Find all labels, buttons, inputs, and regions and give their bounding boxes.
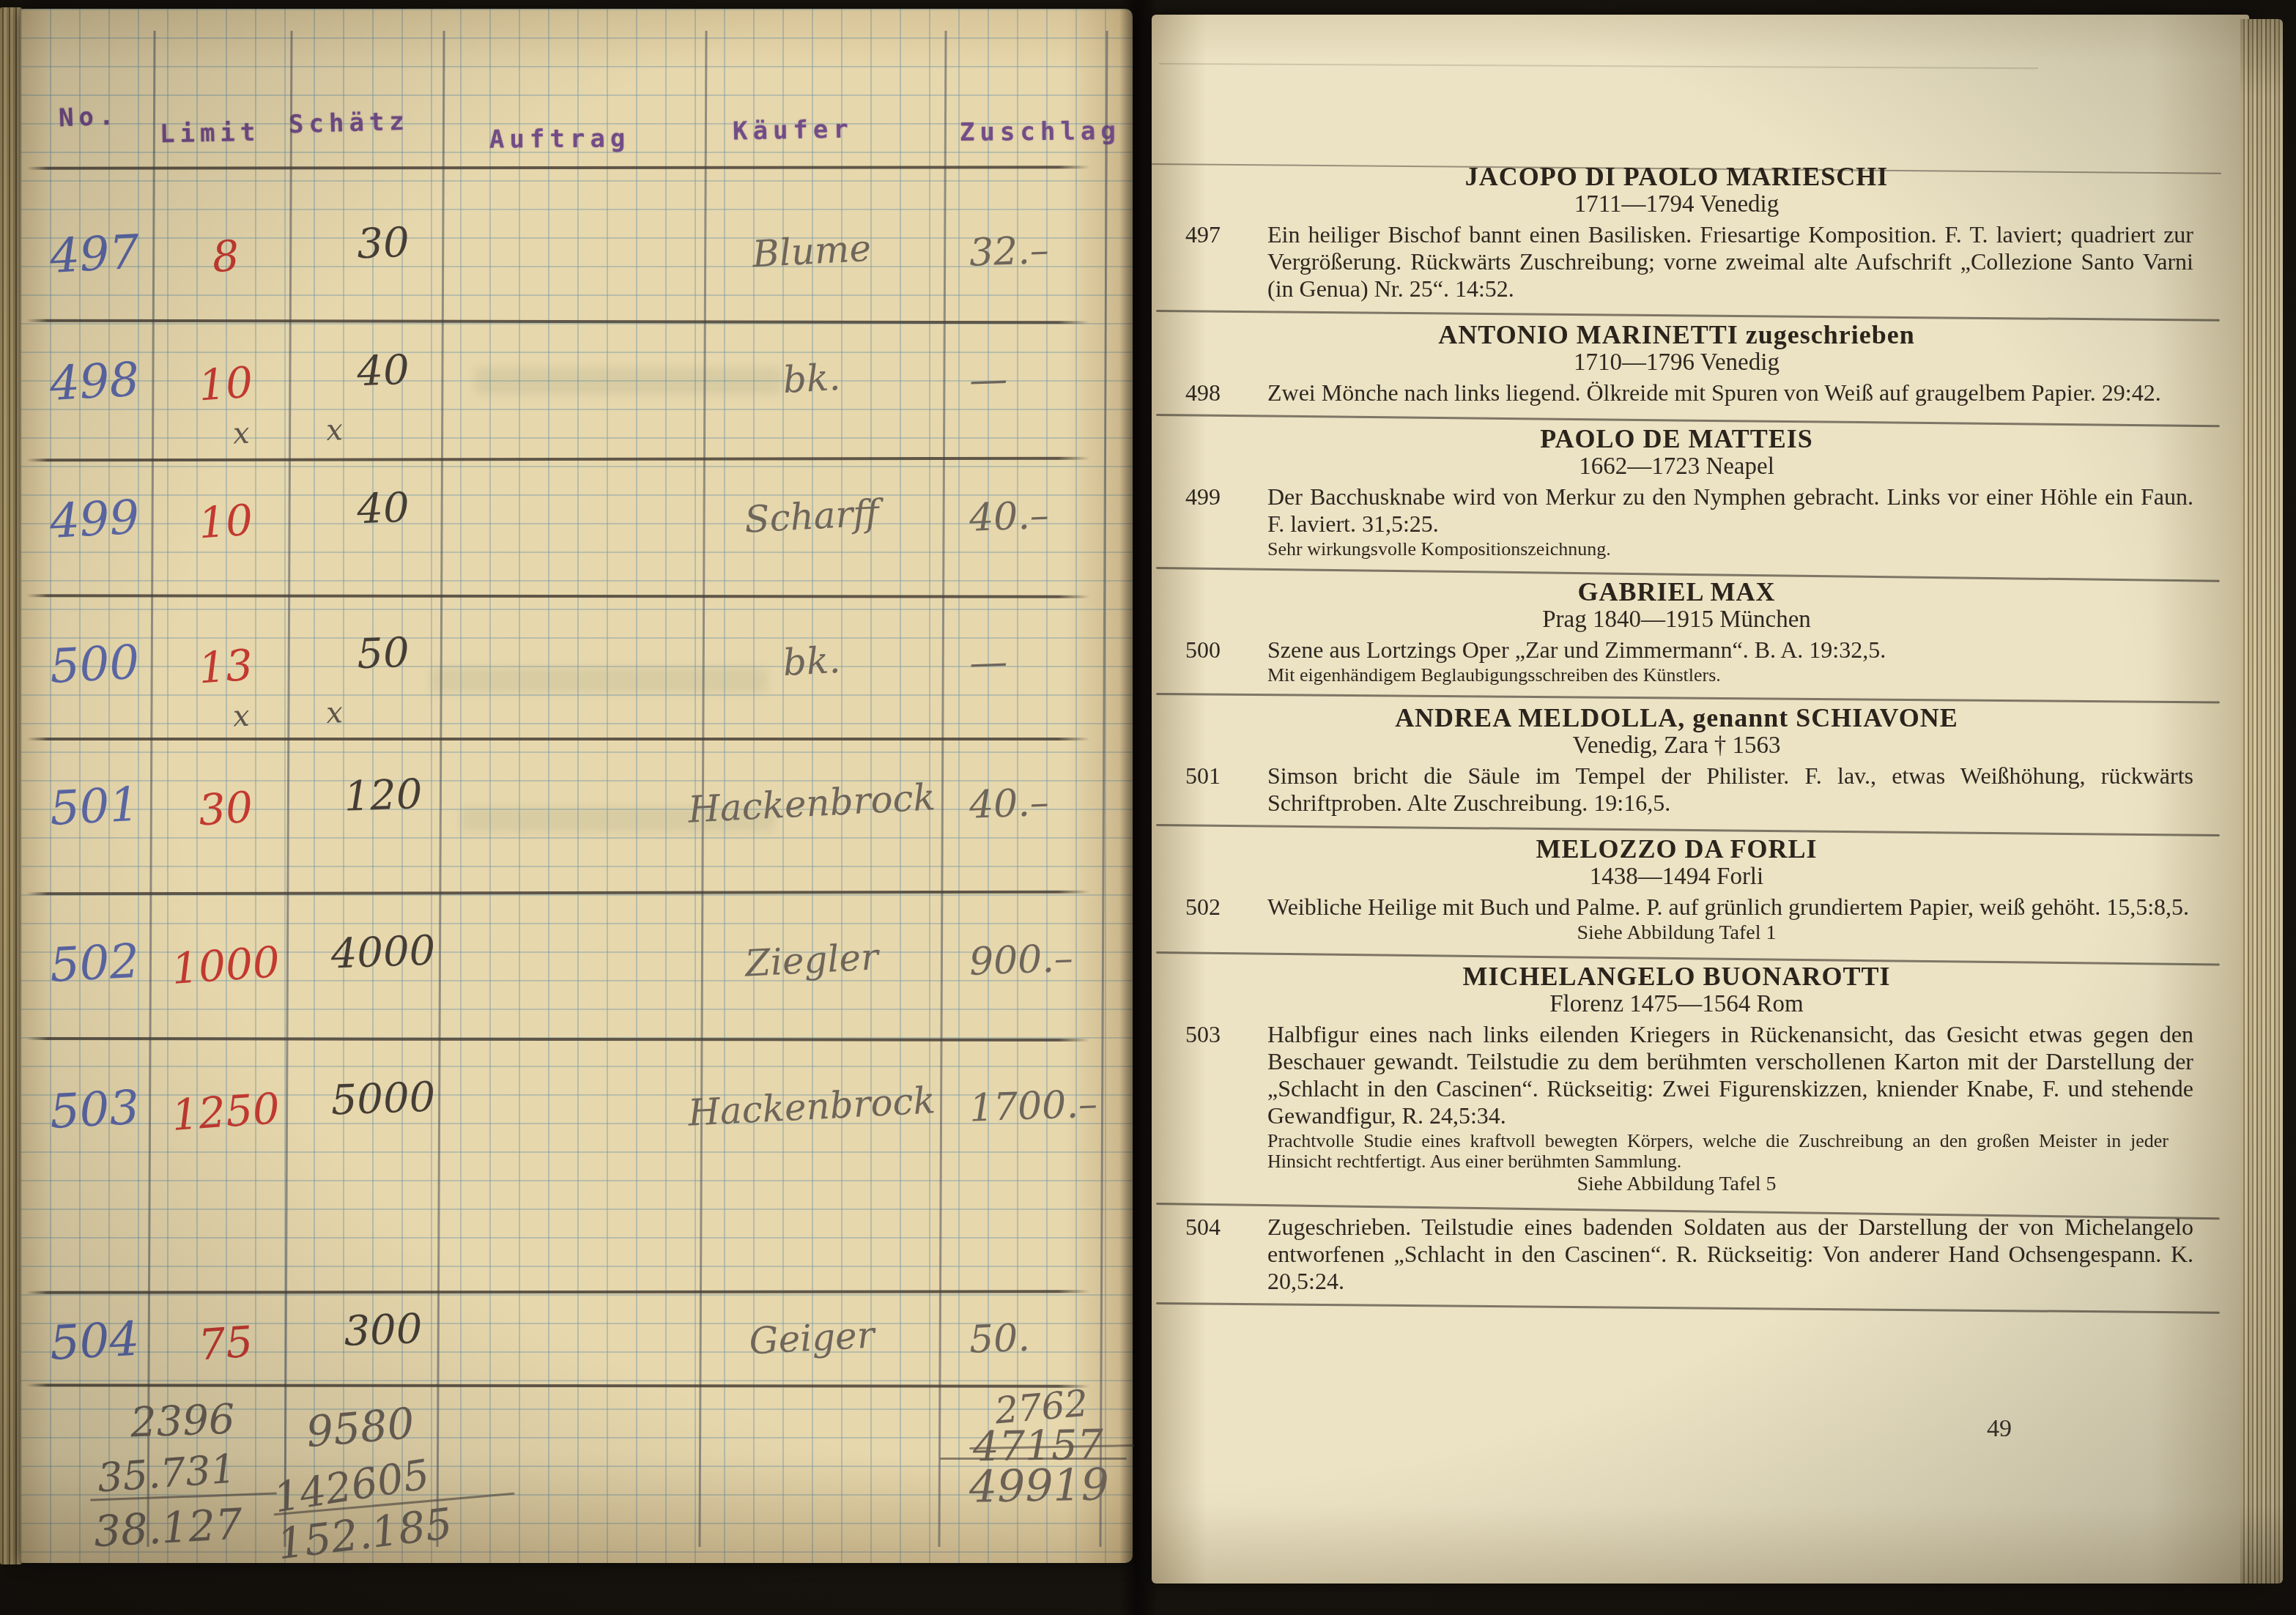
artist-name: JACOPO DI PAOLO MARIESCHI [1174,163,2180,190]
row-separator [26,457,1090,462]
column-header-stamp: Limit [160,118,261,149]
lot-number-cell: 503 [48,1080,161,1140]
lot-description: 500Szene aus Lortzings Oper „Zar und Zim… [1185,636,2193,664]
lot-number: 498 [1185,379,1267,406]
total-zuschlag: 49919 [969,1459,1109,1512]
buyer-cell: Ziegler [664,932,959,990]
row-separator [26,1290,1090,1293]
estimate-cell: 300 [309,1304,457,1357]
artist-dates: Prag 1840—1915 München [1174,607,2180,632]
row-separator [26,319,1090,324]
limit-cell: 13 [155,636,297,696]
hammer-price-cell: 900.– [969,935,1124,984]
catalog-entries: JACOPO DI PAOLO MARIESCHI 1711—1794 Vene… [1152,158,2249,1313]
ledger-row: 504 75 300 Geiger 50. [21,1307,1133,1395]
estimate-cell: 120 [309,770,457,823]
lot-description: 504Zugeschrieben. Teilstudie eines baden… [1185,1214,2193,1295]
catalog-entry: MICHELANGELO BUONAROTTI Florenz 1475—156… [1152,962,2249,1205]
lot-note: Sehr wirkungsvolle Kompositionszeichnung… [1267,539,2169,560]
limit-cell: 10 [155,491,297,551]
buyer-cell: Scharff [664,488,959,546]
catalog-entry: PAOLO DE MATTEIS 1662—1723 Neapel 499Der… [1152,425,2249,569]
lot-number: 497 [1185,221,1267,248]
artist-dates: Florenz 1475—1564 Rom [1174,992,2180,1017]
lot-number-cell: 499 [48,489,161,549]
estimate-cell: 50 [309,628,457,680]
total-limit: 38.127 [92,1499,243,1557]
buyer-cell: bk. [664,350,959,408]
catalog-page: JACOPO DI PAOLO MARIESCHI 1711—1794 Vene… [1152,15,2249,1584]
buyer-cell: Blume [664,223,959,281]
limit-cell: 10 [155,354,297,413]
book-spread-photo: No.LimitSchätzAuftragKäuferZuschlag 497 … [0,0,2296,1615]
hammer-price-cell: 1700.– [969,1081,1124,1130]
pencil-x-marks: x x [232,695,379,734]
estimate-cell: 40 [309,345,457,398]
lot-number-cell: 501 [48,776,161,836]
lot-description-text: Halbfigur eines nach links eilenden Krie… [1267,1021,2193,1129]
artist-name: PAOLO DE MATTEIS [1174,425,2180,453]
artist-dates: Venedig, Zara † 1563 [1174,733,2180,758]
pencil-divider [1156,693,2220,703]
row-separator [26,1037,1090,1042]
hammer-price-cell: — [969,636,1124,685]
lot-description: 497Ein heiliger Bischof bannt einen Basi… [1185,221,2193,302]
lot-description-text: Zwei Mönche nach links liegend. Ölkreide… [1267,379,2161,406]
lot-description: 498Zwei Mönche nach links liegend. Ölkre… [1185,379,2193,406]
artist-name: GABRIEL MAX [1174,578,2180,606]
lot-description: 502Weibliche Heilige mit Buch und Palme.… [1185,894,2193,921]
ledger-row: 503 1250 5000 Hackenbrock 1700.– [21,1075,1133,1163]
page-number: 49 [1987,1415,2012,1443]
row-separator [26,738,1090,740]
lot-description: 501Simson bricht die Säule im Tempel der… [1185,762,2193,817]
lot-number: 504 [1185,1214,1267,1241]
lot-description: 503Halbfigur eines nach links eilenden K… [1185,1021,2193,1129]
book-spine-edge [0,7,22,1564]
lot-note: Mit eigenhändigem Beglaubigungsschreiben… [1267,665,2169,686]
lot-note: Prachtvolle Studie eines kraftvoll beweg… [1267,1131,2169,1172]
catalog-entry: MELOZZO DA FORLI 1438—1494 Forli 502Weib… [1152,835,2249,954]
artist-name: ANTONIO MARINETTI zugeschrieben [1174,321,2180,349]
artist-dates: 1662—1723 Neapel [1174,454,2180,479]
ledger-row: 500 13 50 bk. — x x [21,630,1133,718]
row-separator [26,594,1090,598]
ledger-row: 498 10 40 bk. — x x [21,347,1133,435]
lot-number-cell: 497 [48,224,161,284]
artist-name: MICHELANGELO BUONAROTTI [1174,962,2180,990]
lot-number: 501 [1185,762,1267,790]
hammer-price-cell: 32.– [969,226,1124,275]
estimate-cell: 40 [309,483,457,535]
lot-description-text: Weibliche Heilige mit Buch und Palme. P.… [1267,894,2189,920]
hammer-price-cell: 40.– [969,491,1124,540]
estimate-cell: 4000 [309,927,457,979]
row-separator [26,891,1090,896]
artist-dates: 1711—1794 Venedig [1174,192,2180,217]
ledger-row: 497 8 30 Blume 32.– [21,220,1133,308]
catalog-entry: ANDREA MELDOLLA, genannt SCHIAVONE Vened… [1152,704,2249,826]
lot-description-text: Szene aus Lortzings Oper „Zar und Zimmer… [1267,636,1886,663]
ledger-row: 501 30 120 Hackenbrock 40.– [21,772,1133,860]
hammer-price-cell: 40.– [969,778,1124,827]
hammer-price-cell: 50. [969,1313,1124,1362]
plate-reference: Siehe Abbildung Tafel 5 [1174,1173,2180,1195]
column-header-stamp: Käufer [733,115,854,146]
lot-description-text: Zugeschrieben. Teilstudie eines badenden… [1267,1214,2193,1294]
lot-number-cell: 498 [48,352,161,412]
limit-cell: 30 [155,779,297,838]
lot-number-cell: 504 [48,1311,161,1371]
lot-number-cell: 500 [48,634,161,694]
buyer-cell: Hackenbrock [664,1078,959,1136]
limit-cell: 1250 [155,1082,297,1141]
artist-dates: 1438—1494 Forli [1174,864,2180,889]
buyer-cell: Hackenbrock [664,775,959,833]
lot-number: 502 [1185,894,1267,921]
lot-description-text: Simson bricht die Säule im Tempel der Ph… [1267,762,2193,816]
artist-name: MELOZZO DA FORLI [1174,835,2180,863]
catalog-entry: GABRIEL MAX Prag 1840—1915 München 500Sz… [1152,578,2249,695]
hammer-price-cell: — [969,353,1124,402]
ledger-row: 502 1000 4000 Ziegler 900.– [21,929,1133,1017]
page-stack-edge [2240,19,2283,1584]
estimate-cell: 30 [309,218,457,270]
column-header-stamp: No. [58,102,119,133]
lot-number: 503 [1185,1021,1267,1048]
buyer-cell: Geiger [664,1310,959,1367]
plate-reference: Siehe Abbildung Tafel 1 [1174,922,2180,944]
lot-description-text: Ein heiliger Bischof bannt einen Basilis… [1267,221,2193,302]
total-limit: 35.731 [96,1445,237,1501]
pencil-mark-line [1159,63,2038,69]
ledger-page: No.LimitSchätzAuftragKäuferZuschlag 497 … [21,9,1133,1563]
artist-dates: 1710—1796 Venedig [1174,350,2180,375]
pencil-x-marks: x x [232,412,379,451]
limit-cell: 8 [155,226,297,286]
row-separator [26,166,1090,169]
column-header-stamp: Auftrag [489,124,631,155]
lot-number: 499 [1185,483,1267,511]
lot-description-text: Der Bacchusknabe wird von Merkur zu den … [1267,483,2193,537]
catalog-entry: JACOPO DI PAOLO MARIESCHI 1711—1794 Vene… [1152,163,2249,312]
lot-description: 499Der Bacchusknabe wird von Merkur zu d… [1185,483,2193,538]
pencil-divider [1156,1302,2220,1314]
artist-name: ANDREA MELDOLLA, genannt SCHIAVONE [1174,704,2180,732]
catalog-entry: 504Zugeschrieben. Teilstudie eines baden… [1152,1214,2249,1304]
column-header-stamp: Schätz [289,107,410,139]
estimate-cell: 5000 [309,1073,457,1126]
total-schaetz: 9580 [304,1398,416,1458]
lot-number: 500 [1185,636,1267,664]
catalog-entry: ANTONIO MARINETTI zugeschrieben 1710—179… [1152,321,2249,416]
buyer-cell: bk. [664,633,959,691]
total-limit: 2396 [130,1396,236,1447]
limit-cell: 1000 [155,935,297,995]
ledger-row: 499 10 40 Scharff 40.– [21,485,1133,573]
column-header-stamp: Zuschlag [960,116,1121,147]
sum-line [940,1458,1127,1460]
limit-cell: 75 [155,1313,297,1373]
lot-number-cell: 502 [48,933,161,993]
